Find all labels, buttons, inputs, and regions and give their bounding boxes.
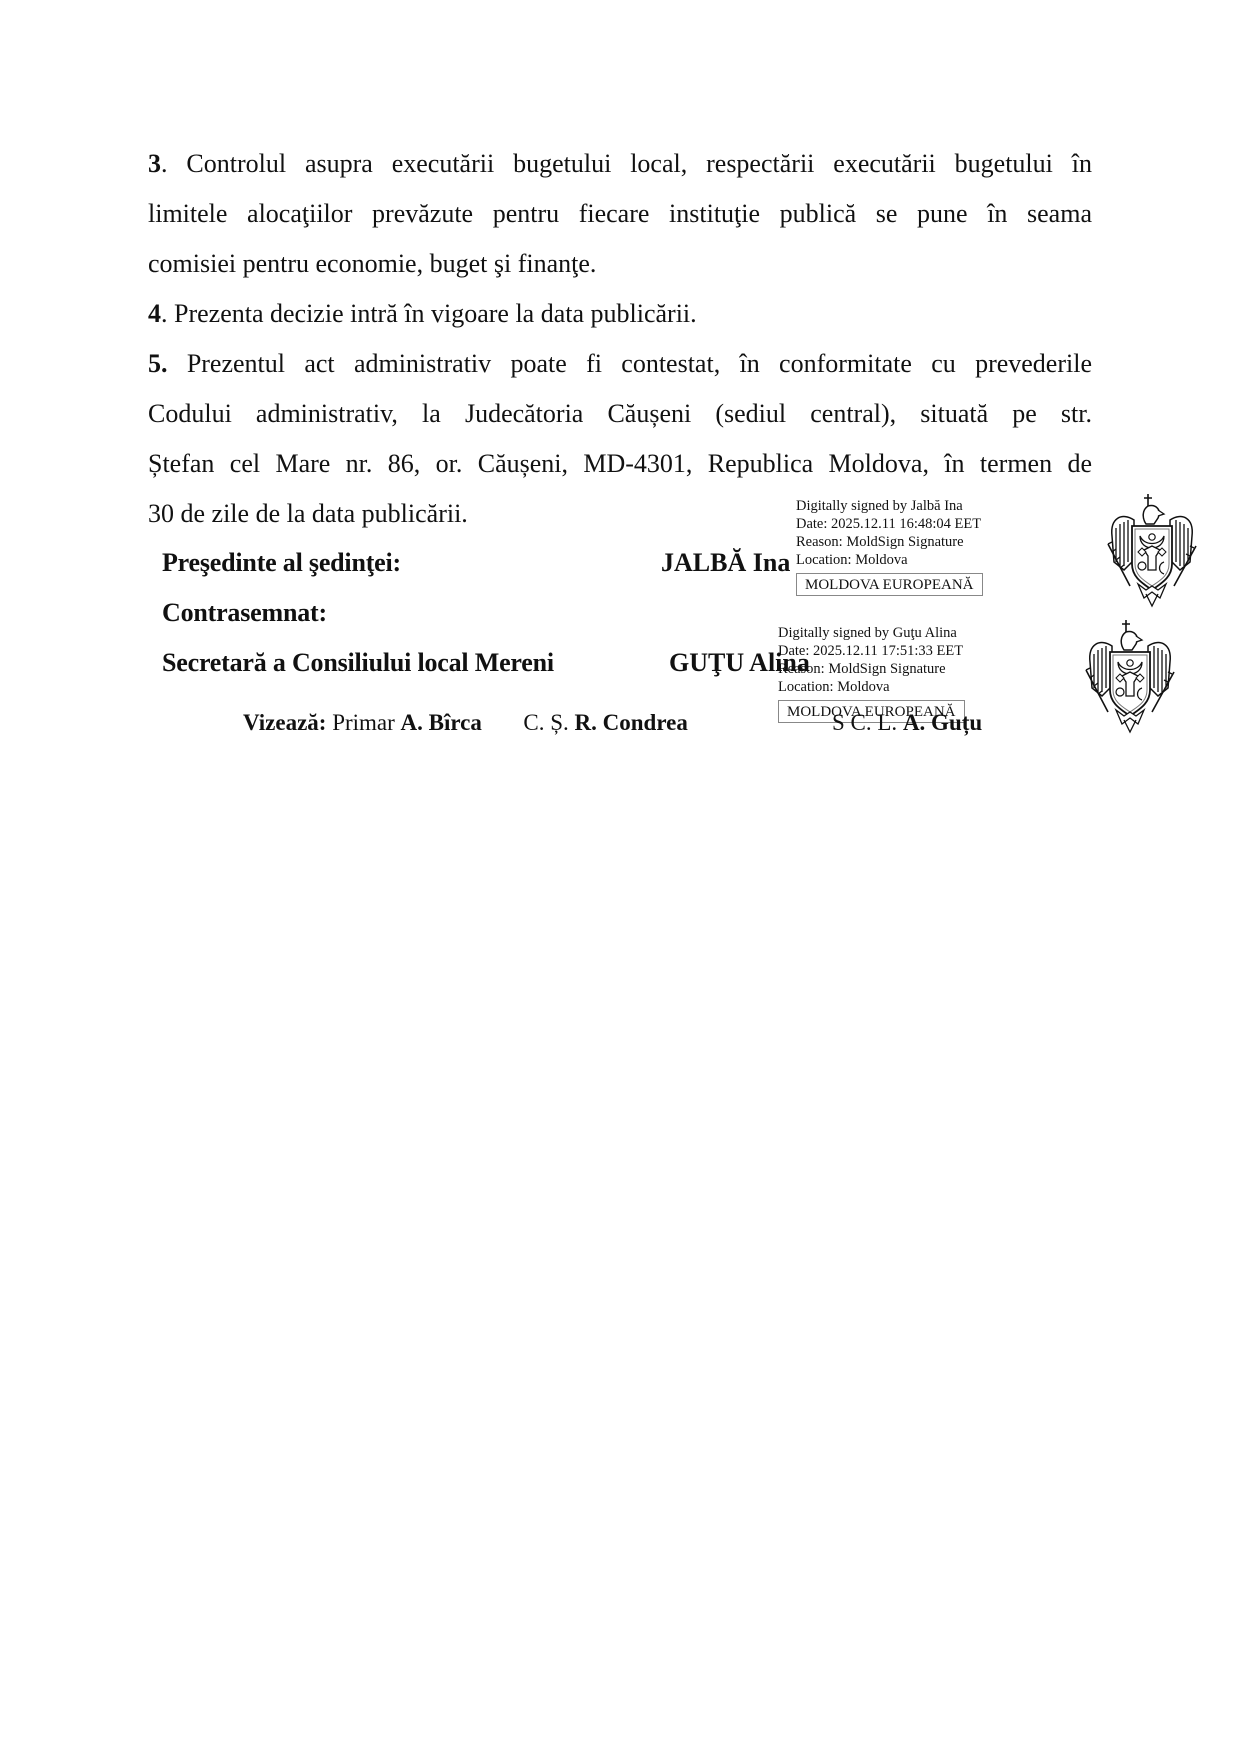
digital-signature-stamp-1[interactable]: Digitally signed by Jalbă Ina Date: 2025… [796, 497, 983, 596]
paragraph-3: 3. Controlul asupra executării bugetului… [148, 139, 1092, 289]
signature-location: Location: Moldova [778, 678, 965, 696]
signature-date: Date: 2025.12.11 16:48:04 EET [796, 515, 983, 533]
secretary-label: Secretară a Consiliului local Mereni [162, 648, 554, 678]
signature-location: Location: Moldova [796, 551, 983, 569]
primar-prefix: Primar [332, 710, 395, 735]
paragraph-line: 4. Prezenta decizie intră în vigoare la … [148, 289, 1092, 339]
countersigned-label: Contrasemnat: [162, 598, 327, 628]
cs-prefix: C. Ș. [523, 710, 568, 735]
paragraph-line: Ștefan cel Mare nr. 86, or. Căușeni, MD-… [148, 439, 1092, 489]
primar-name: A. Bîrca [401, 710, 482, 735]
scl-name: A. Guțu [903, 710, 982, 735]
signature-reason: Reason: MoldSign Signature [778, 660, 965, 678]
paragraph-text: . Prezenta decizie intră în vigoare la d… [161, 299, 697, 328]
signed-by: Digitally signed by Jalbă Ina [796, 497, 983, 515]
vizeaza-label: Vizează: [243, 710, 326, 735]
paragraph-4: 4. Prezenta decizie intră în vigoare la … [148, 289, 1092, 339]
scl-signature: S C. L. A. Guțu [832, 710, 982, 736]
signed-by: Digitally signed by Guţu Alina [778, 624, 965, 642]
paragraph-line: comisiei pentru economie, buget şi finan… [148, 239, 1092, 289]
paragraph-line: limitele alocaţiilor prevăzute pentru fi… [148, 189, 1092, 239]
paragraph-number: 5. [148, 349, 168, 378]
moldova-coat-of-arms-icon [1082, 616, 1178, 734]
president-label: Preşedinte al şedinţei: [162, 548, 401, 578]
document-page: 3. Controlul asupra executării bugetului… [0, 0, 1241, 1755]
paragraph-line: Codului administrativ, la Judecătoria Că… [148, 389, 1092, 439]
paragraph-text: Prezentul act administrativ poate fi con… [168, 349, 1093, 378]
paragraph-number: 4 [148, 299, 161, 328]
digital-signature-stamp-2[interactable]: Digitally signed by Guţu Alina Date: 202… [778, 624, 965, 723]
paragraph-line: 3. Controlul asupra executării bugetului… [148, 139, 1092, 189]
signature-date: Date: 2025.12.11 17:51:33 EET [778, 642, 965, 660]
paragraph-number: 3 [148, 149, 161, 178]
paragraph-line: 5. Prezentul act administrativ poate fi … [148, 339, 1092, 389]
scl-prefix: S C. L. [832, 710, 897, 735]
cs-name: R. Condrea [575, 710, 688, 735]
paragraph-text: . Controlul asupra executării bugetului … [161, 149, 1092, 178]
vizeaza-line: Vizează: Primar A. Bîrca C. Ș. R. Condre… [243, 710, 688, 736]
signature-reason: Reason: MoldSign Signature [796, 533, 983, 551]
signature-badge: MOLDOVA EUROPEANĂ [796, 573, 983, 596]
president-name: JALBĂ Ina [661, 548, 790, 578]
moldova-coat-of-arms-icon [1104, 490, 1200, 608]
